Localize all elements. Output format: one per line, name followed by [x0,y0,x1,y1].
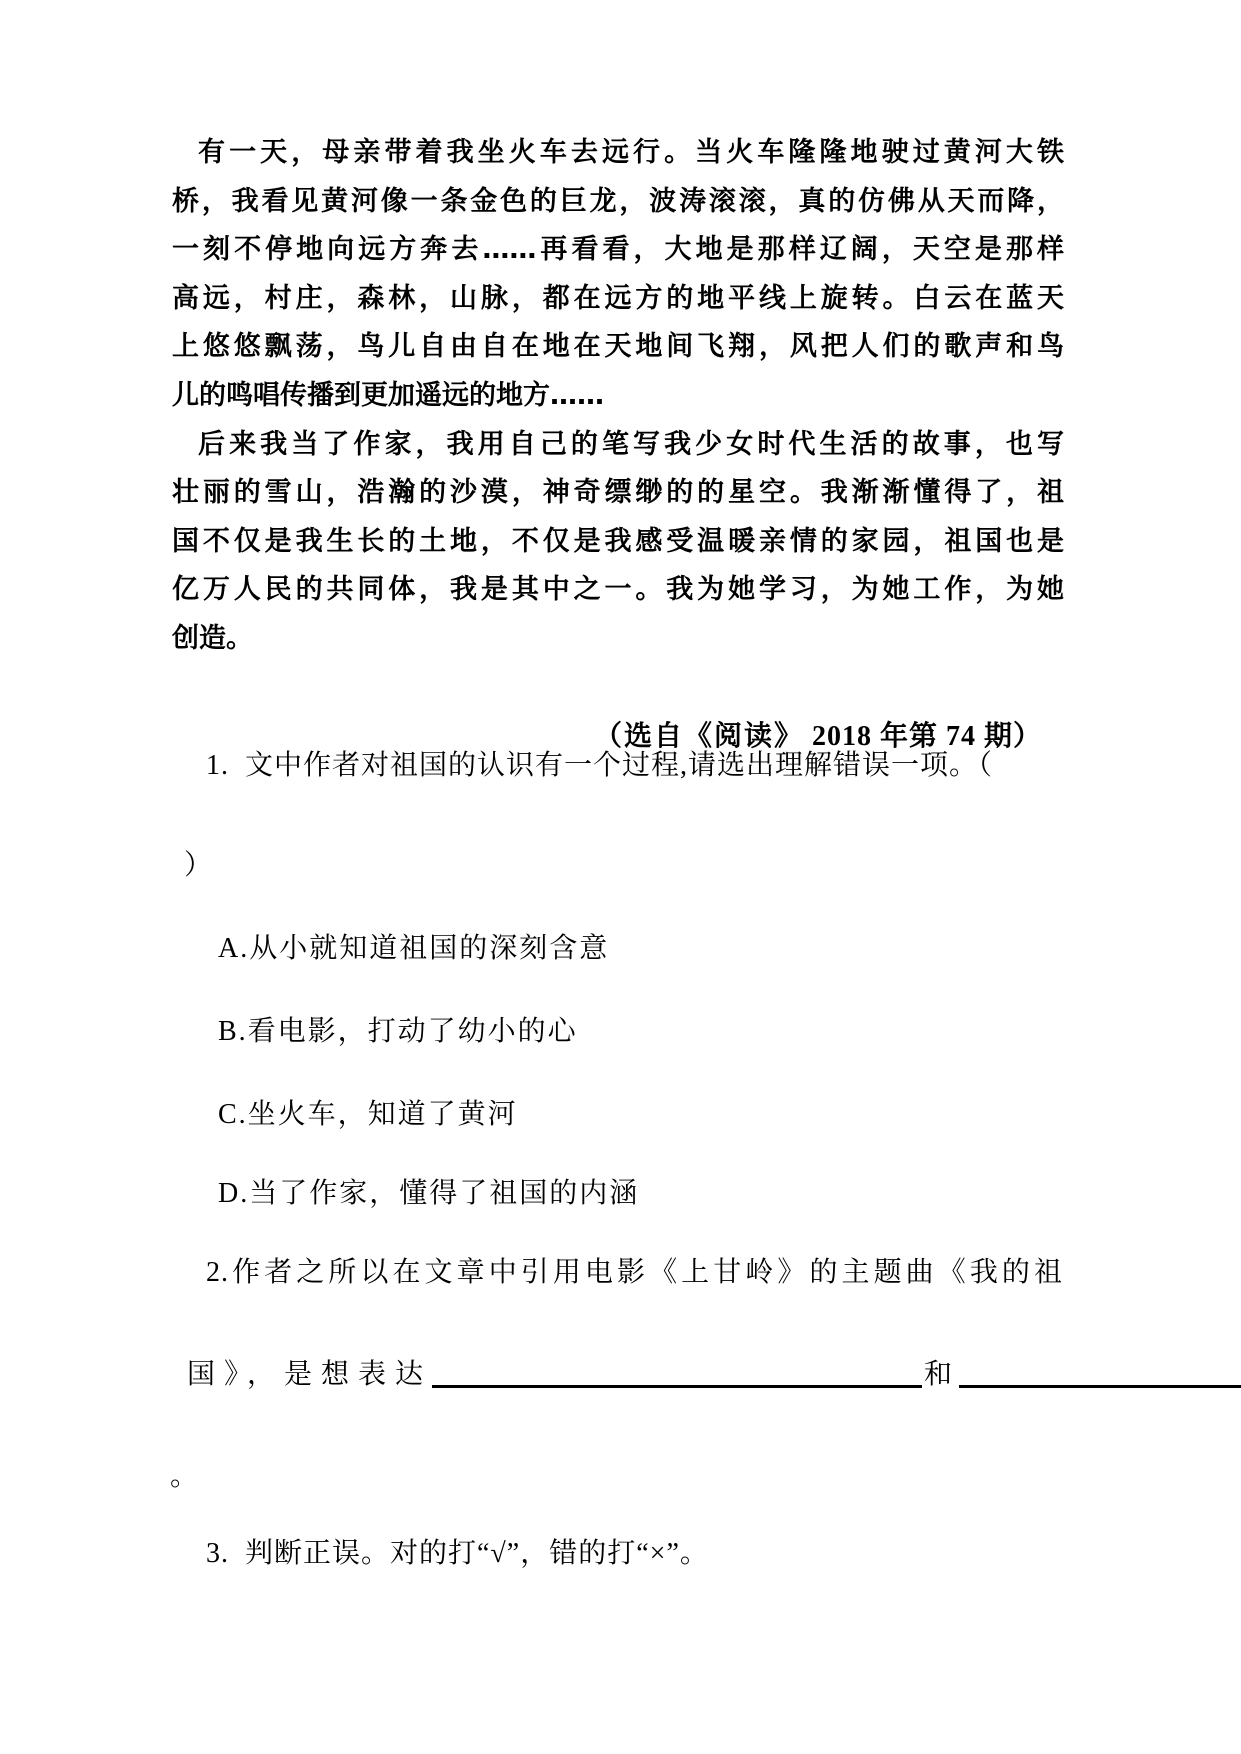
question-1-option-d: D.当了作家，懂得了祖国的内涵 [218,1174,639,1214]
question-2-continuation: 国》，是想表达 和 [187,1355,1241,1395]
question-1-option-b: B.看电影，打动了幼小的心 [218,1012,578,1052]
passage-line-10: 亿万人民的共同体，我是其中之一。我为她学习，为她工作，为她 [172,566,1064,615]
question-1-option-c: C.坐火车，知道了黄河 [218,1095,518,1135]
answer-blank-2 [959,1385,1241,1388]
answer-blank-1 [432,1385,922,1388]
passage-line-5: 上悠悠飘荡，鸟儿自由自在地在天地间飞翔，风把人们的歌声和鸟 [172,323,1064,372]
question-1-close-paren: ） [184,846,213,886]
question-2-text: 2.作者之所以在文章中引用电影《上甘岭》的主题曲《我的祖 [206,1253,1063,1293]
question-3-text: 3. 判断正误。对的打“√”，错的打“×”。 [206,1534,709,1574]
document-page: 有一天，母亲带着我坐火车去远行。当火车隆隆地驶过黄河大铁 桥，我看见黄河像一条金… [0,0,1241,1754]
passage-line-8: 壮丽的雪山，浩瀚的沙漠，神奇缥缈的的星空。我渐渐懂得了，祖 [172,469,1064,518]
question-2-continuation-text: 国》，是想表达 [187,1355,432,1395]
passage-line-4: 高远，村庄，森林，山脉，都在远方的地平线上旋转。白云在蓝天 [172,275,1064,324]
passage-line-7: 后来我当了作家，我用自己的笔写我少女时代生活的故事，也写 [172,421,1064,470]
passage-line-3: 一刻不停地向远方奔去……再看看，大地是那样辽阔，天空是那样 [172,226,1064,275]
reading-passage: 有一天，母亲带着我坐火车去远行。当火车隆隆地驶过黄河大铁 桥，我看见黄河像一条金… [172,129,1064,664]
passage-line-2: 桥，我看见黄河像一条金色的巨龙，波涛滚滚，真的仿佛从天而降， [172,178,1064,227]
passage-line-1: 有一天，母亲带着我坐火车去远行。当火车隆隆地驶过黄河大铁 [172,129,1064,178]
question-2-period: 。 [170,1457,199,1497]
question-2-conjunction: 和 [924,1355,953,1395]
question-1-text: 1. 文中作者对祖国的认识有一个过程,请选出理解错误一项。（ [206,746,993,786]
passage-line-6: 儿的鸣唱传播到更加遥远的地方…… [172,372,1064,421]
question-1-option-a: A.从小就知道祖国的深刻含意 [218,929,609,969]
passage-line-11: 创造。 [172,615,1064,664]
passage-line-9: 国不仅是我生长的土地，不仅是我感受温暖亲情的家园，祖国也是 [172,518,1064,567]
